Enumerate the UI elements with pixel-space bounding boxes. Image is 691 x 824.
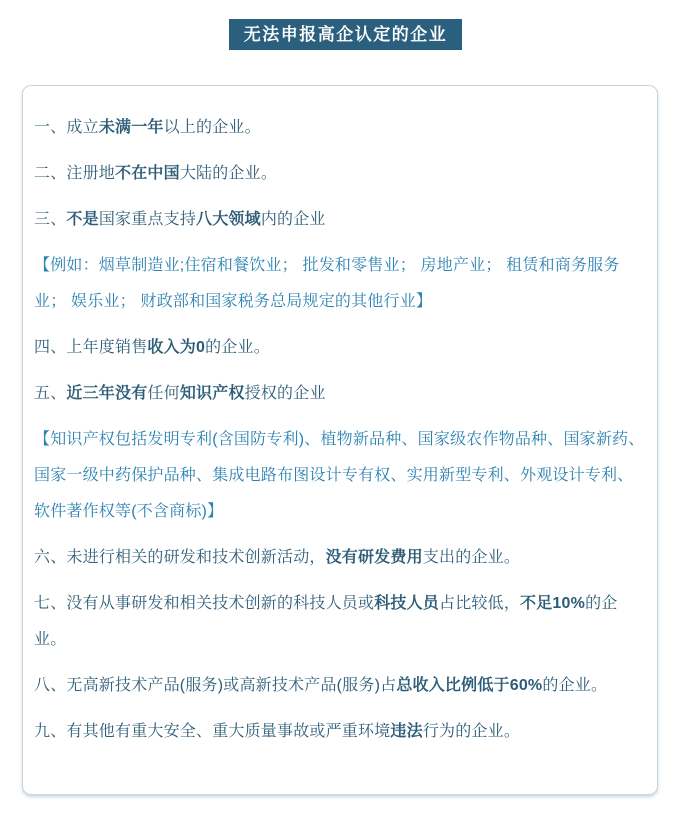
text-segment: 的企业。 xyxy=(542,677,607,694)
list-item-4: 四、上年度销售收入为0的企业。 xyxy=(34,330,646,366)
text-segment: 授权的企业 xyxy=(245,385,326,402)
list-item-6: 六、未进行相关的研发和技术创新活动，没有研发费用支出的企业。 xyxy=(34,540,646,576)
text-segment: 八、无高新技术产品(服务)或高新技术产品(服务)占 xyxy=(34,677,396,694)
text-segment: 四、上年度销售 xyxy=(34,339,147,356)
list-item-5: 五、近三年没有任何知识产权授权的企业 xyxy=(34,376,646,412)
text-segment: 任何 xyxy=(147,385,179,402)
list-item-3: 三、不是国家重点支持八大领域内的企业 xyxy=(34,202,646,238)
text-segment: 【例如：烟草制造业;住宿和餐饮业； 批发和零售业； 房地产业； 租赁和商务服务业… xyxy=(34,257,620,310)
text-segment: 二、注册地 xyxy=(34,165,115,182)
text-segment: 占比较低， xyxy=(439,595,520,612)
text-segment: 内的企业 xyxy=(261,211,326,228)
header: 无法申报高企认定的企业 xyxy=(0,0,691,50)
text-segment-bold: 不足10% xyxy=(520,595,585,612)
note-examples-industries: 【例如：烟草制造业;住宿和餐饮业； 批发和零售业； 房地产业； 租赁和商务服务业… xyxy=(34,248,646,320)
text-segment: 的企业。 xyxy=(205,339,270,356)
list-item-8: 八、无高新技术产品(服务)或高新技术产品(服务)占总收入比例低于60%的企业。 xyxy=(34,668,646,704)
list-item-1: 一、成立未满一年以上的企业。 xyxy=(34,110,646,146)
note-ip-types: 【知识产权包括发明专利(含国防专利)、植物新品种、国家级农作物品种、国家新药、国… xyxy=(34,422,646,530)
text-segment: 【知识产权包括发明专利(含国防专利)、植物新品种、国家级农作物品种、国家新药、国… xyxy=(34,431,644,520)
text-segment-bold: 八大领域 xyxy=(196,211,261,228)
text-segment-bold: 收入为0 xyxy=(147,339,205,356)
page-title: 无法申报高企认定的企业 xyxy=(229,19,463,50)
text-segment-bold: 知识产权 xyxy=(180,385,245,402)
list-item-9: 九、有其他有重大安全、重大质量事故或严重环境违法行为的企业。 xyxy=(34,714,646,750)
text-segment-bold: 没有研发费用 xyxy=(326,549,423,566)
list-item-2: 二、注册地不在中国大陆的企业。 xyxy=(34,156,646,192)
text-segment: 以上的企业。 xyxy=(164,119,261,136)
list-item-7: 七、没有从事研发和相关技术创新的科技人员或科技人员占比较低，不足10%的企业。 xyxy=(34,586,646,658)
text-segment: 大陆的企业。 xyxy=(180,165,277,182)
text-segment-bold: 未满一年 xyxy=(99,119,164,136)
text-segment: 国家重点支持 xyxy=(99,211,196,228)
text-segment-bold: 违法 xyxy=(390,723,422,740)
text-segment: 五、 xyxy=(34,385,66,402)
text-segment-bold: 不在中国 xyxy=(115,165,180,182)
text-segment: 六、未进行相关的研发和技术创新活动， xyxy=(34,549,326,566)
text-segment: 七、没有从事研发和相关技术创新的科技人员或 xyxy=(34,595,374,612)
content-panel: 一、成立未满一年以上的企业。 二、注册地不在中国大陆的企业。 三、不是国家重点支… xyxy=(22,85,658,795)
text-segment-bold: 近三年没有 xyxy=(66,385,147,402)
text-segment: 九、有其他有重大安全、重大质量事故或严重环境 xyxy=(34,723,390,740)
text-segment: 一、成立 xyxy=(34,119,99,136)
text-segment: 三、 xyxy=(34,211,66,228)
text-segment: 支出的企业。 xyxy=(423,549,520,566)
text-segment-bold: 科技人员 xyxy=(374,595,439,612)
text-segment-bold: 总收入比例低于60% xyxy=(396,677,542,694)
text-segment: 行为的企业。 xyxy=(423,723,520,740)
text-segment-bold: 不是 xyxy=(66,211,98,228)
